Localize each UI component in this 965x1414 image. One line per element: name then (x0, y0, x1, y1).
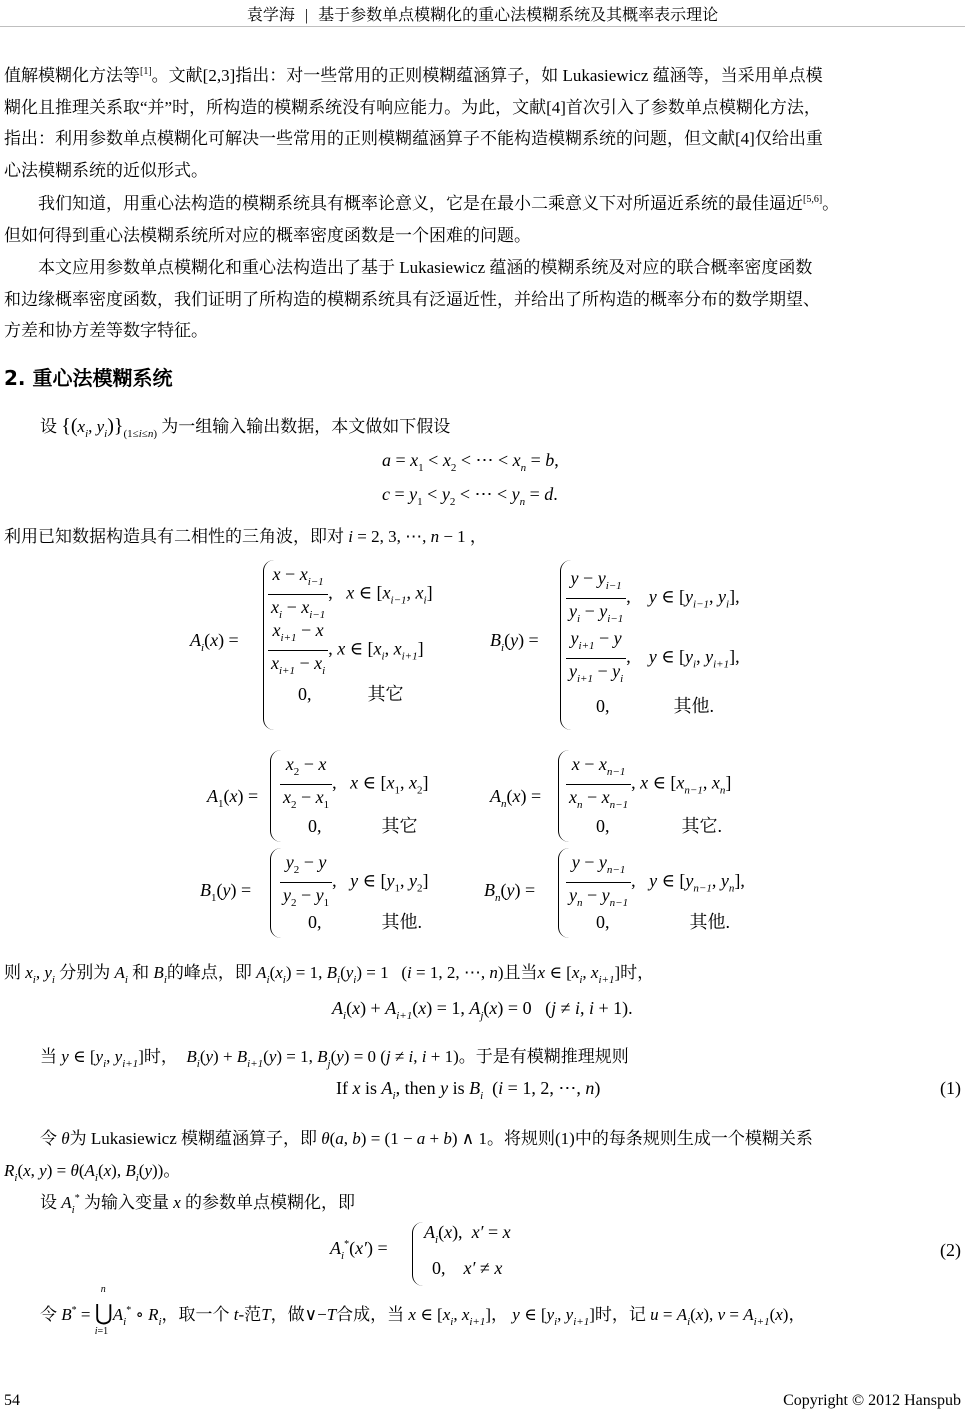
assumption-line: 设 {(xi, yi)}(1≤i≤n) 为一组输入输出数据，本文做如下假设 (40, 412, 450, 440)
A1-case-2: 0,其它 (308, 812, 418, 838)
header-title: 基于参数单点模糊化的重心法模糊系统及其概率表示理论 (318, 7, 718, 24)
text: 和边缘概率密度函数，我们证明了所构造的模糊系统具有泛逼近性，并给出了所构造的概率… (4, 290, 820, 309)
text: 合成，当 (336, 1305, 404, 1324)
text: 0, (308, 816, 322, 836)
paragraph-contribution: 本文应用参数单点模糊化和重心法构造出了基于 Lukasiewicz 蕴涵的模糊系… (4, 252, 962, 347)
Bi-case-2: yi+1 − yyi+1 − yi, y ∈ [yi, yi+1], (566, 626, 740, 691)
text: 0, (596, 816, 610, 836)
paragraph-intro: 值解模糊化方法等[1]。文献[2,3]指出：对一些常用的正则模糊蕴涵算子，如 L… (4, 60, 962, 186)
text: 为一组输入输出数据，本文做如下假设 (161, 417, 450, 436)
equation-partition-A: Ai(x) + Ai+1(x) = 1, Aj(x) = 0 (j ≠ i, i… (332, 998, 633, 1022)
brace (412, 1222, 423, 1286)
text: 0, (596, 912, 610, 932)
equation-number-2: (2) (940, 1240, 961, 1261)
Bi-case-3: 0,其他. (596, 692, 714, 718)
B1-case-2: 0,其他. (308, 908, 422, 934)
equation-An-lhs: An(x) = (490, 786, 541, 810)
Astar-case-1: Ai(x), x′ = x (424, 1222, 511, 1246)
equation-Astar-lhs: Ai*(x′) = (330, 1238, 388, 1262)
partition-B-line: 当 y ∈ [yi, yi+1]时， Bi(y) + Bi+1(y) = 1, … (40, 1042, 629, 1070)
text: 且当 (504, 963, 538, 982)
text: 为输入变量 (84, 1193, 169, 1212)
header-separator: | (305, 7, 308, 24)
text: 其他. (674, 696, 715, 716)
B1-case-1: y2 − yy2 − y1, y ∈ [y1, y2] (280, 850, 428, 915)
equation-A1-lhs: A1(x) = (207, 786, 258, 810)
text: 令 (40, 1129, 57, 1148)
citation: [1] (140, 66, 152, 77)
text: 。将规则(1)中的每条规则生成一个模糊关系 (487, 1129, 813, 1148)
text: 其他. (690, 912, 731, 932)
text: 但如何得到重心法模糊系统所对应的概率密度函数是一个困难的问题。 (4, 226, 531, 245)
composition-line: 令 B* = ⋃ni=1Ai* ∘ Ri，取一个 t-范T，做∨−T合成，当 x… (40, 1300, 805, 1328)
text: 其它 (368, 684, 404, 704)
triangle-intro: 利用已知数据构造具有二相性的三角波，即对 i = 2, 3, ⋯, n − 1 … (4, 522, 487, 547)
text: 其他. (382, 912, 423, 932)
text: 分别为 (59, 963, 110, 982)
Bi-case-1: y − yi−1yi − yi−1, y ∈ [yi−1, yi], (566, 566, 740, 631)
section-number: 2. (4, 366, 26, 390)
equation-y-order: c = y1 < y2 < ⋯ < yn = d. (382, 484, 558, 508)
text: 其它 (382, 816, 418, 836)
section-title: 重心法模糊系统 (32, 366, 172, 390)
text: 我们知道，用重心法构造的模糊系统具有概率论意义，它是在最小二乘意义下对所逼近系统… (38, 194, 803, 213)
text: 时，记 (595, 1305, 646, 1324)
text: 令 (40, 1305, 57, 1324)
text: -范 (239, 1305, 262, 1324)
Bn-case-2: 0,其他. (596, 908, 730, 934)
Ai-case-3: 0,其它 (298, 680, 404, 706)
Astar-case-2: 0, x′ ≠ x (432, 1258, 502, 1279)
text: 的参数单点模糊化，即 (185, 1193, 355, 1212)
theta-line: 令 θ为 Lukasiewicz 模糊蕴涵算子，即 θ(a, b) = (1 −… (40, 1124, 813, 1149)
text: 。文献[2,3]指出：对一些常用的正则模糊蕴涵算子，如 Lukasiewicz … (152, 66, 823, 85)
text: ， (788, 1305, 805, 1324)
text: 。于是有模糊推理规则 (459, 1047, 629, 1066)
running-header: 袁学海 | 基于参数单点模糊化的重心法模糊系统及其概率表示理论 (0, 2, 965, 25)
text: ， (491, 1305, 508, 1324)
text: ，取一个 (162, 1305, 230, 1324)
equation-number-1: (1) (940, 1078, 961, 1099)
text: 方差和协方差等数字特征。 (4, 321, 208, 340)
peak-line: 则 xi, yi 分别为 Ai 和 Bi的峰点，即 Ai(xi) = 1, Bi… (4, 958, 654, 986)
section-heading: 2. 重心法模糊系统 (4, 362, 172, 391)
page-number: 54 (4, 1392, 20, 1410)
text: 。 (163, 1161, 180, 1180)
rule-equation: If x is Ai, then y is Bi (i = 1, 2, ⋯, n… (336, 1078, 600, 1102)
text: ，做∨− (271, 1305, 327, 1324)
header-author: 袁学海 (247, 7, 295, 24)
equation-B1-lhs: B1(y) = (200, 880, 251, 904)
text: 时， (620, 963, 654, 982)
text: 本文应用参数单点模糊化和重心法构造出了基于 Lukasiewicz 蕴涵的模糊系… (38, 258, 812, 277)
singleton-line: 设 Ai* 为输入变量 x 的参数单点模糊化，即 (40, 1188, 355, 1216)
text: 设 (40, 417, 57, 436)
text: 为 Lukasiewicz 模糊蕴涵算子，即 (70, 1129, 317, 1148)
citation: [5,6] (803, 194, 822, 205)
Ai-case-2: xi+1 − xxi+1 − xi, x ∈ [xi, xi+1] (268, 618, 424, 683)
text: 0, (308, 912, 322, 932)
text: 指出：利用参数单点模糊化可解决一些常用的正则模糊蕴涵算子不能构造模糊系统的问题，… (4, 129, 823, 148)
equation-x-order: a = x1 < x2 < ⋯ < xn = b, (382, 450, 559, 474)
relation-line: Ri(x, y) = θ(Ai(x), Bi(y))。 (4, 1156, 180, 1184)
equation-Bn-lhs: Bn(y) = (484, 880, 535, 904)
equation-Bi-lhs: Bi(y) = (490, 630, 539, 654)
A1-case-1: x2 − xx2 − x1, x ∈ [x1, x2] (280, 752, 428, 817)
paragraph-probability: 我们知道，用重心法构造的模糊系统具有概率论意义，它是在最小二乘意义下对所逼近系统… (4, 188, 962, 251)
copyright: Copyright © 2012 Hanspub (783, 1392, 961, 1410)
text: 则 (4, 963, 21, 982)
text: 糊化且推理关系取“并”时，所构造的模糊系统没有响应能力。为此，文献[4]首次引入… (4, 98, 821, 117)
text: 设 (40, 1193, 57, 1212)
Bn-case-1: y − yn−1yn − yn−1, y ∈ [yn−1, yn], (566, 850, 745, 915)
text: 心法模糊系统的近似形式。 (4, 161, 208, 180)
text: 其它. (682, 816, 723, 836)
text: 利用已知数据构造具有二相性的三角波，即对 (4, 527, 344, 546)
text: 0, (596, 696, 610, 716)
text: 值解模糊化方法等 (4, 66, 140, 85)
An-case-1: x − xn−1xn − xn−1, x ∈ [xn−1, xn] (566, 752, 731, 817)
equation-Ai-lhs: Ai(x) = (190, 630, 239, 654)
text: 的峰点，即 (167, 963, 252, 982)
text: 时， (144, 1047, 178, 1066)
text: 当 (40, 1047, 57, 1066)
text: 。 (822, 194, 839, 213)
An-case-2: 0,其它. (596, 812, 722, 838)
text: 和 (132, 963, 149, 982)
header-rule (0, 26, 965, 27)
text: 0, (298, 684, 312, 704)
